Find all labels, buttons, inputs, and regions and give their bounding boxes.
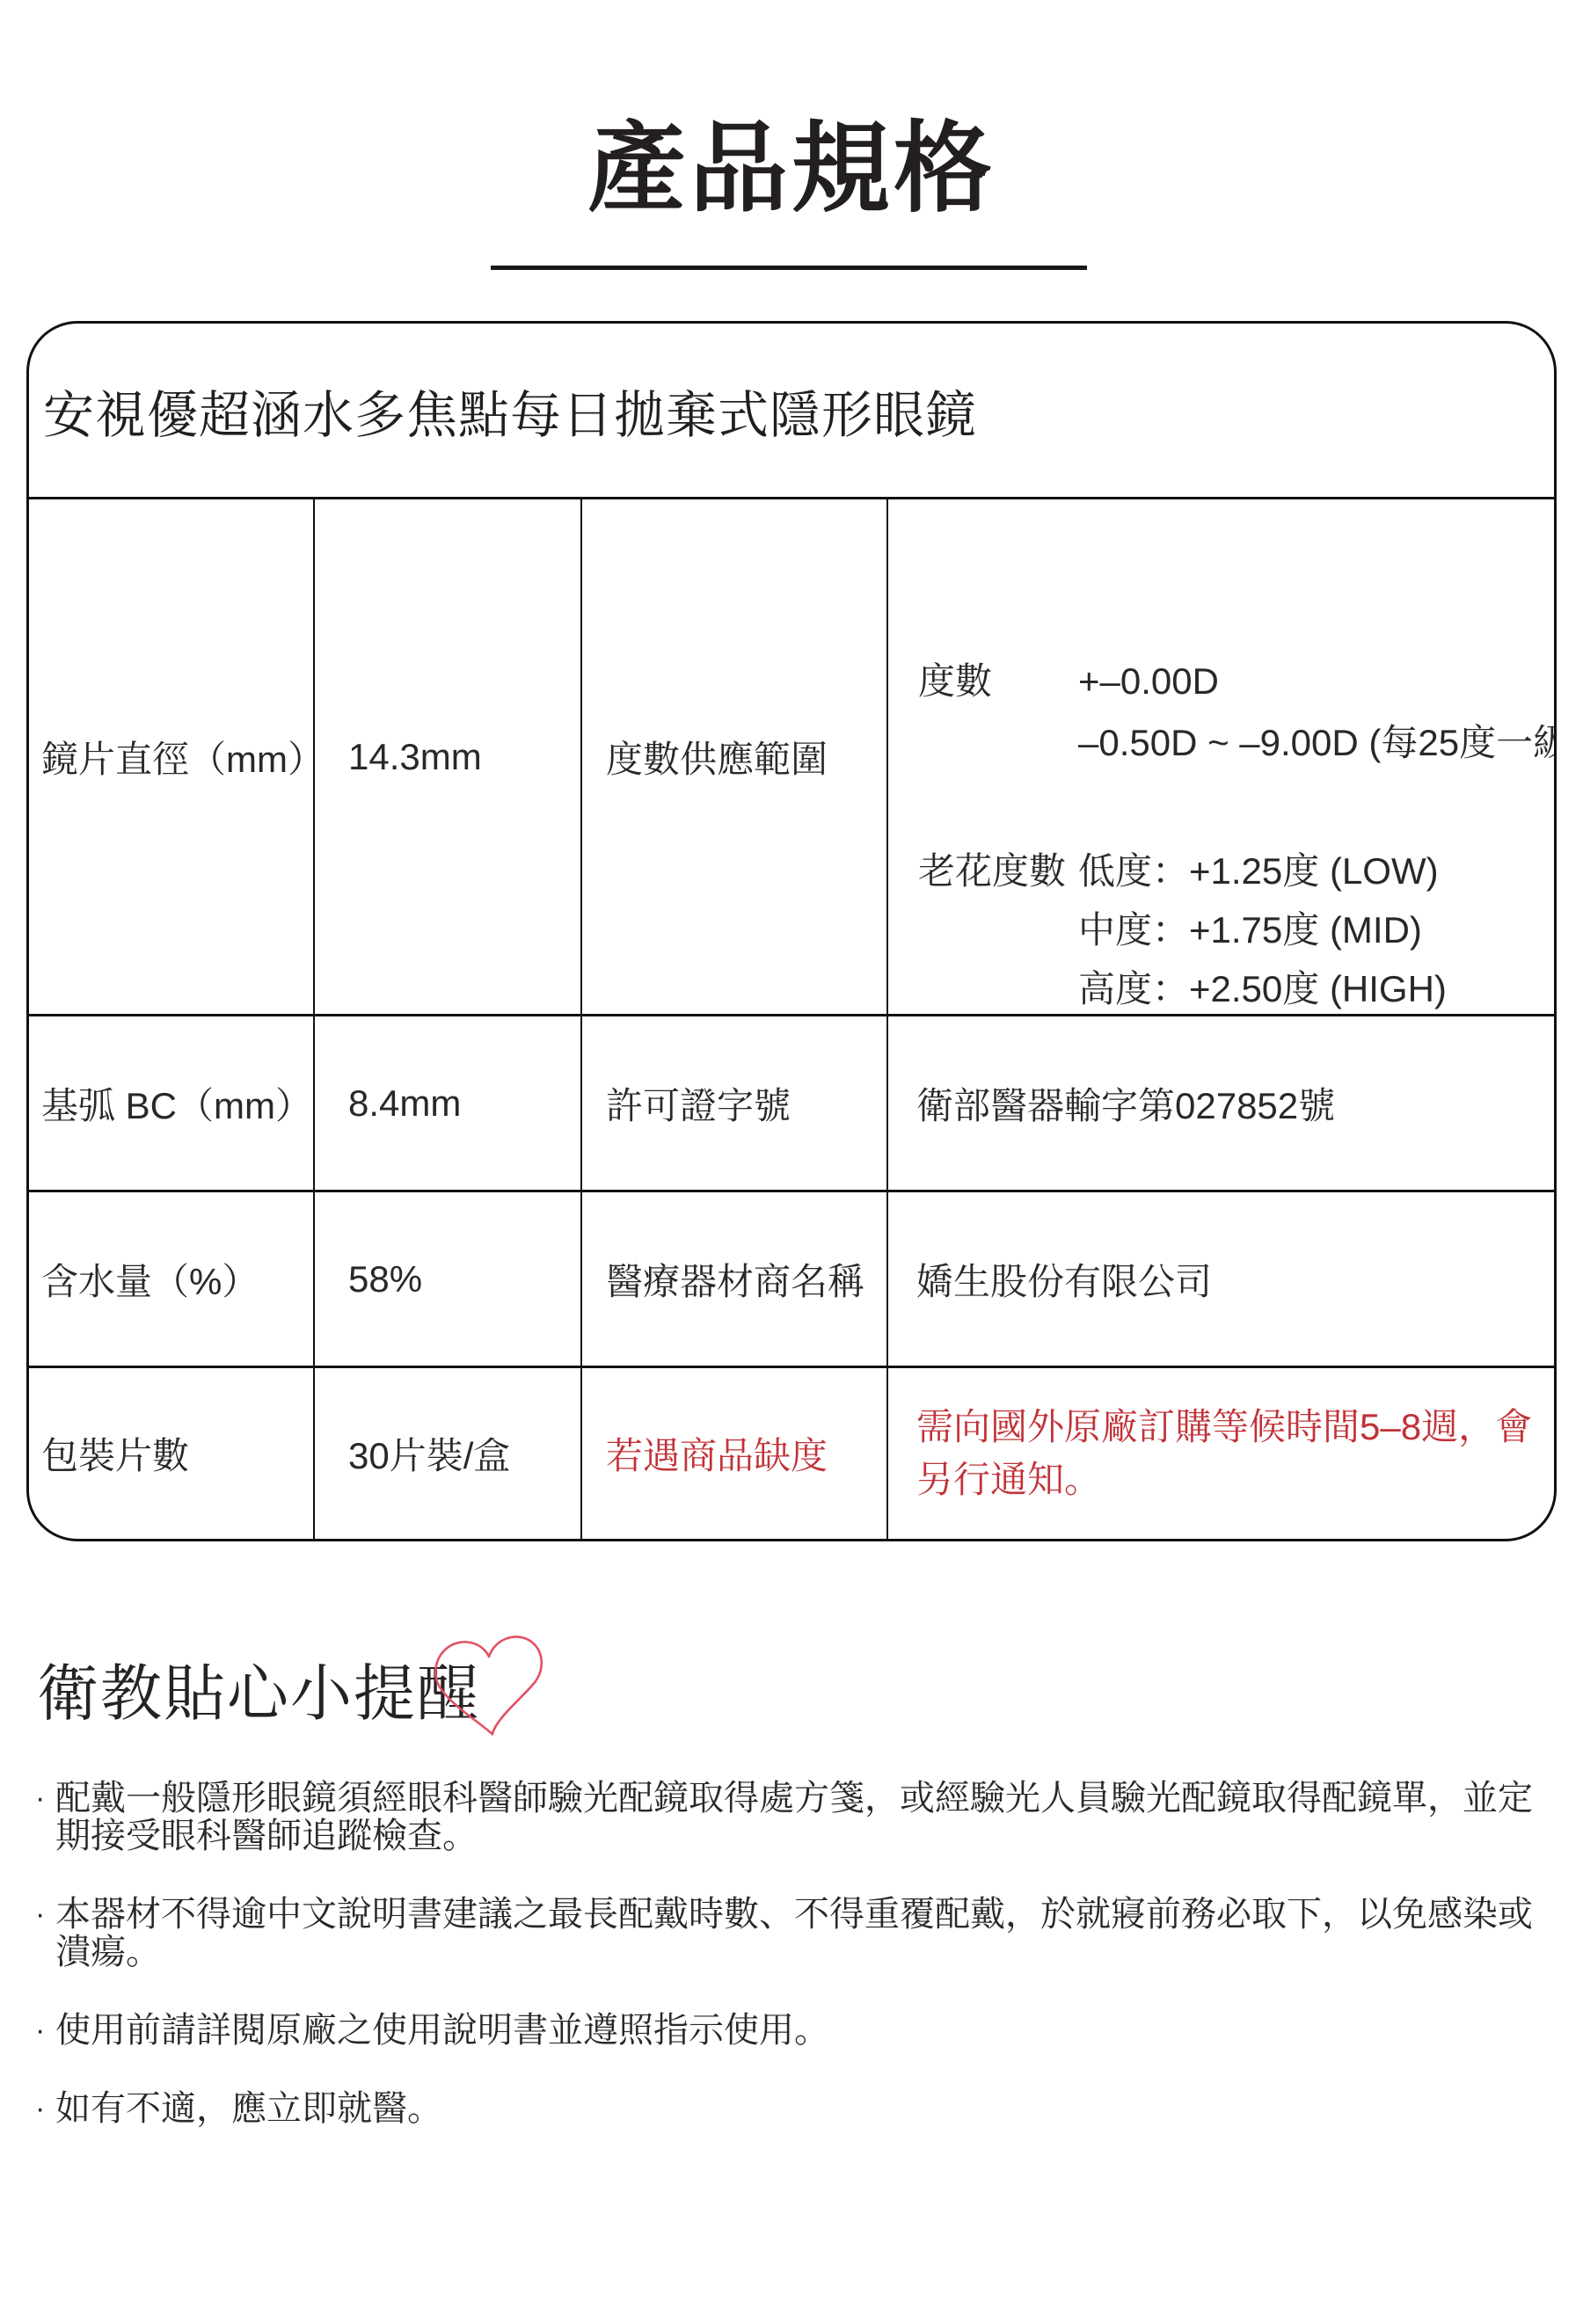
- list-item: · 配戴一般隱形眼鏡須經眼科醫師驗光配鏡取得處方箋，或經驗光人員驗光配鏡取得配鏡…: [26, 1780, 1564, 1855]
- tips-heading: 衛教貼心小提醒: [37, 1662, 480, 1725]
- row-shortage-value: 需向國外原廠訂購等候時間5–8週，會另行通知。: [886, 1366, 1557, 1539]
- power-line-1: +–0.00D: [1078, 651, 1557, 712]
- row-license-label: 許可證字號: [580, 1014, 886, 1190]
- power-label: 度數: [918, 651, 1078, 712]
- heart-outline-icon: [425, 1628, 557, 1745]
- addition-low: 低度：+1.25度 (LOW): [1078, 841, 1447, 900]
- addition-high: 高度：+2.50度 (HIGH): [1078, 959, 1447, 1018]
- row-water-label: 含水量（%）: [29, 1190, 313, 1366]
- row-basecurve-value: 8.4mm: [313, 1014, 580, 1190]
- list-item: · 如有不適，應立即就醫。: [26, 2090, 1564, 2128]
- addition-group: 老花度數 低度：+1.25度 (LOW) 中度：+1.75度 (MID) 高度：…: [918, 841, 1557, 1018]
- tip-text-2: 本器材不得逾中文說明書建議之最長配戴時數、不得重覆配戴，於就寢前務必取下，以免感…: [55, 1896, 1550, 1971]
- addition-label: 老花度數: [918, 841, 1078, 900]
- tip-text-3: 使用前請詳閱原廠之使用說明書並遵照指示使用。: [55, 2012, 1550, 2050]
- row-pack-value: 30片裝/盒: [313, 1366, 580, 1539]
- row-license-value: 衛部醫器輸字第027852號: [886, 1014, 1557, 1190]
- bullet-dot-icon: ·: [26, 1896, 55, 1934]
- power-range-cell: 度數 +–0.00D –0.50D ~ –9.00D (每25度一級) 老花度數…: [886, 497, 1557, 1014]
- bullet-dot-icon: ·: [26, 2090, 55, 2128]
- row-shortage-label: 若遇商品缺度: [580, 1366, 886, 1539]
- list-item: · 本器材不得逾中文說明書建議之最長配戴時數、不得重覆配戴，於就寢前務必取下，以…: [26, 1896, 1564, 1971]
- power-group: 度數 +–0.00D –0.50D ~ –9.00D (每25度一級): [918, 651, 1557, 774]
- row-vendor-label: 醫療器材商名稱: [580, 1190, 886, 1366]
- page-title: 產品規格: [0, 120, 1583, 218]
- row-diameter-value: 14.3mm: [313, 497, 580, 1014]
- bullet-dot-icon: ·: [26, 2012, 55, 2050]
- row-pack-label: 包裝片數: [29, 1366, 313, 1539]
- row-basecurve-label: 基弧 BC（mm）: [29, 1014, 313, 1190]
- list-item: · 使用前請詳閱原廠之使用說明書並遵照指示使用。: [26, 2012, 1564, 2050]
- addition-mid: 中度：+1.75度 (MID): [1078, 900, 1447, 959]
- product-name: 安視優超涵水多焦點每日拋棄式隱形眼鏡: [29, 324, 1557, 497]
- tip-text-1: 配戴一般隱形眼鏡須經眼科醫師驗光配鏡取得處方箋，或經驗光人員驗光配鏡取得配鏡單，…: [55, 1780, 1550, 1855]
- row-water-value: 58%: [313, 1190, 580, 1366]
- bullet-dot-icon: ·: [26, 1780, 55, 1818]
- row-diameter-label: 鏡片直徑（mm）: [29, 497, 313, 1014]
- tips-list: · 配戴一般隱形眼鏡須經眼科醫師驗光配鏡取得處方箋，或經驗光人員驗光配鏡取得配鏡…: [26, 1780, 1564, 2168]
- row-power-range-label: 度數供應範圍: [580, 497, 886, 1014]
- spec-card: 安視優超涵水多焦點每日拋棄式隱形眼鏡 鏡片直徑（mm） 14.3mm 度數供應範…: [26, 321, 1557, 1541]
- power-line-2: –0.50D ~ –9.00D (每25度一級): [1078, 712, 1557, 774]
- shortage-note: 需向國外原廠訂購等候時間5–8週，會另行通知。: [916, 1401, 1557, 1506]
- title-underline: [491, 266, 1087, 270]
- tip-text-4: 如有不適，應立即就醫。: [55, 2090, 1550, 2128]
- row-vendor-value: 嬌生股份有限公司: [886, 1190, 1557, 1366]
